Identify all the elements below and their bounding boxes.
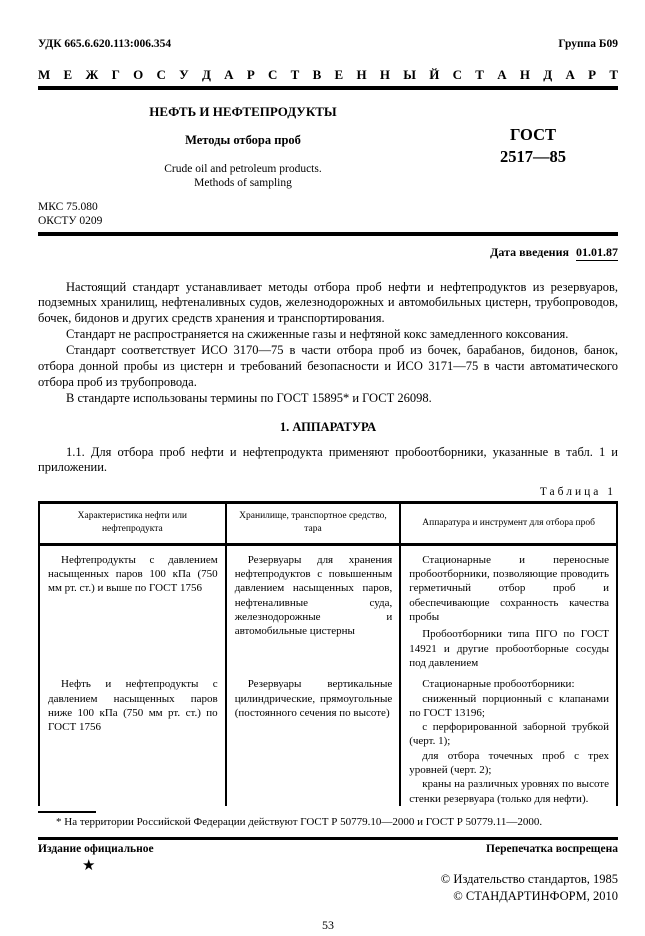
divider (38, 86, 618, 90)
divider (38, 232, 618, 236)
intro-paragraph: Стандарт соответствует ИСО 3170—75 в час… (38, 343, 618, 391)
copyright-line: © Издательство стандартов, 1985 (38, 871, 618, 888)
table-cell-paragraph: Стационарные пробоотборники: (409, 677, 609, 691)
table-header-cell: Хранилище, транспортное средство, тара (226, 503, 401, 545)
table-cell: Стационарные пробоотборники: сниженный п… (400, 670, 617, 806)
reprint-forbidden-label: Перепечатка воспрещена (486, 843, 618, 855)
table-cell: Резервуары вертикальные цилиндрические, … (226, 670, 401, 806)
title-en-line2: Methods of sampling (38, 176, 448, 190)
divider (38, 837, 618, 840)
table-header-row: Характеристика нефти или нефтепродукта Х… (39, 503, 617, 545)
date-label: Дата введения (490, 245, 569, 259)
footnote-divider (38, 811, 96, 813)
table-cell-paragraph: сниженный порционный с клапанами по ГОСТ… (409, 692, 609, 721)
table-cell: Нефтепродукты с давлением насыщенных пар… (39, 544, 226, 670)
gost-designation: ГОСТ 2517—85 (448, 104, 618, 191)
table-header-cell: Характеристика нефти или нефтепродукта (39, 503, 226, 545)
table-header-cell: Аппаратура и инструмент для отбора проб (400, 503, 617, 545)
footer-notice-row: Издание официальное Перепечатка воспреще… (38, 843, 618, 855)
official-edition-label: Издание официальное (38, 843, 154, 855)
title-left: НЕФТЬ И НЕФТЕПРОДУКТЫ Методы отбора проб… (38, 104, 448, 191)
table-cell-paragraph: Нефть и нефтепродукты с давлением насыще… (48, 677, 218, 734)
intro-paragraph: В стандарте использованы термины по ГОСТ… (38, 391, 618, 407)
intro-paragraph: Стандарт не распространяется на сжиженны… (38, 327, 618, 343)
table-cell-paragraph: Резервуары для хранения нефтепродуктов с… (235, 553, 393, 639)
table-1: Характеристика нефти или нефтепродукта Х… (38, 501, 618, 806)
table-cell: Нефть и нефтепродукты с давлением насыще… (39, 670, 226, 806)
table-cell-paragraph: с перфорированной заборной трубкой (черт… (409, 720, 609, 749)
copyright-block: © Издательство стандартов, 1985 © СТАНДА… (38, 871, 618, 905)
document-subtitle: Методы отбора проб (38, 133, 448, 148)
title-block: НЕФТЬ И НЕФТЕПРОДУКТЫ Методы отбора проб… (38, 104, 618, 191)
date-value: 01.01.87 (576, 245, 618, 261)
group-code: Группа Б09 (558, 38, 618, 50)
gost-number: 2517—85 (448, 146, 618, 168)
document-header: УДК 665.6.620.113:006.354 Группа Б09 (38, 38, 618, 50)
star-icon: ★ (82, 858, 95, 874)
introduction-date: Дата введения 01.01.87 (38, 245, 618, 260)
mks-code: МКС 75.080 (38, 200, 618, 214)
classification-codes: МКС 75.080 ОКСТУ 0209 (38, 200, 618, 229)
table-cell-paragraph: Нефтепродукты с давлением насыщенных пар… (48, 553, 218, 596)
document-title: НЕФТЬ И НЕФТЕПРОДУКТЫ (38, 104, 448, 120)
table-cell-paragraph: для отбора точечных проб с трех уровней … (409, 749, 609, 778)
copyright-line: © СТАНДАРТИНФОРМ, 2010 (38, 888, 618, 905)
table-cell-paragraph: краны на различных уровнях по высоте сте… (409, 777, 609, 806)
udk-code: УДК 665.6.620.113:006.354 (38, 38, 171, 50)
table-cell-paragraph: Стационарные и переносные пробоотборники… (409, 553, 609, 624)
document-title-en: Crude oil and petroleum products. Method… (38, 162, 448, 191)
intro-paragraph: Настоящий стандарт устанавливает методы … (38, 280, 618, 328)
okstu-code: ОКСТУ 0209 (38, 214, 618, 228)
table-caption: Таблица 1 (38, 486, 616, 498)
section-heading: 1. АППАРАТУРА (38, 420, 618, 435)
table-cell-paragraph: Пробоотборники типа ПГО по ГОСТ 14921 и … (409, 627, 609, 670)
standard-kind-line: М Е Ж Г О С У Д А Р С Т В Е Н Н Ы Й С Т … (38, 67, 618, 83)
table-cell-paragraph: Резервуары вертикальные цилиндрические, … (235, 677, 393, 720)
table-cell: Резервуары для хранения нефтепродуктов с… (226, 544, 401, 670)
gost-label: ГОСТ (448, 124, 618, 146)
table-row: Нефть и нефтепродукты с давлением насыще… (39, 670, 617, 806)
document-page: УДК 665.6.620.113:006.354 Группа Б09 М Е… (0, 0, 645, 936)
page-number: 53 (38, 918, 618, 933)
table-row: Нефтепродукты с давлением насыщенных пар… (39, 544, 617, 670)
introduction-text: Настоящий стандарт устанавливает методы … (38, 280, 618, 407)
table-cell: Стационарные и переносные пробоотборники… (400, 544, 617, 670)
footnote-text: * На территории Российской Федерации дей… (38, 816, 618, 828)
clause-1-1: 1.1. Для отбора проб нефти и нефтепродук… (38, 445, 618, 477)
title-en-line1: Crude oil and petroleum products. (38, 162, 448, 176)
